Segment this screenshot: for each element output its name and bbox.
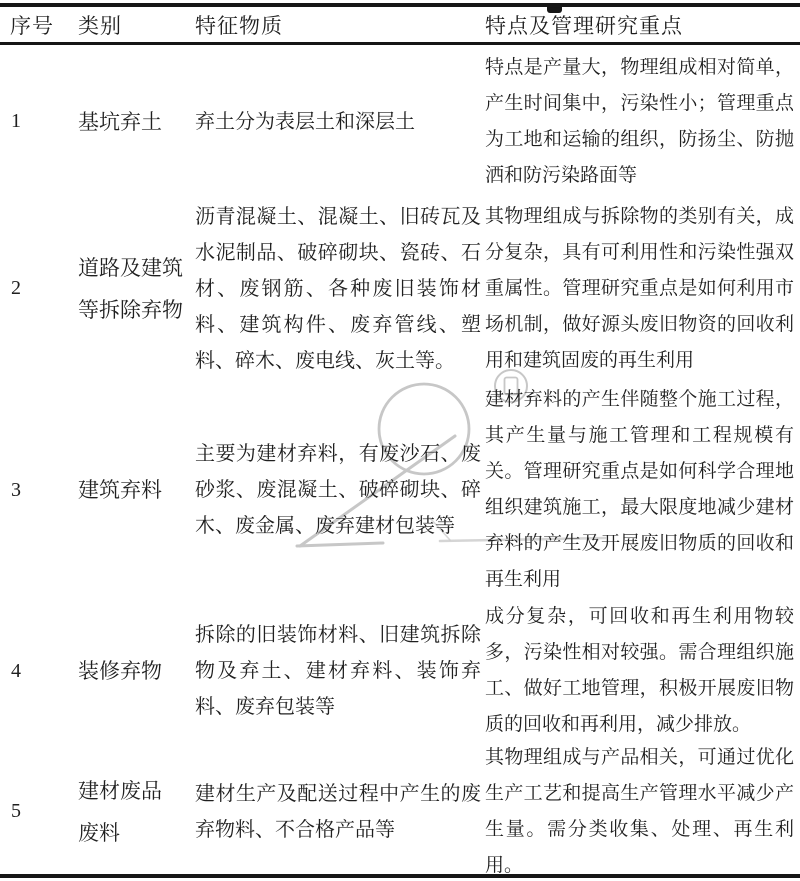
cell-no: 3 (0, 479, 64, 502)
cell-category: 装修弃物 (64, 650, 195, 692)
table-row: 4 装修弃物 拆除的旧装饰材料、旧建筑拆除物及弃土、建材弃料、装饰弃料、废弃包装… (0, 601, 800, 741)
cell-features: 其物理组成与拆除物的类别有关，成分复杂，具有可利用性和污染性强双重属性。管理研究… (484, 199, 800, 379)
table-bottom-rule (0, 874, 800, 878)
cell-features: 其物理组成与产品相关，可通过优化生产工艺和提高生产管理水平减少产生量。需分类收集… (484, 740, 800, 881)
cell-no: 4 (0, 660, 64, 683)
cell-no: 2 (0, 277, 64, 300)
cell-no: 5 (0, 800, 64, 823)
cropped-title-descender (547, 3, 562, 13)
header-cell-category: 类别 (64, 10, 195, 40)
cell-substances: 弃土分为表层土和深层土 (195, 104, 484, 140)
header-row: 序号 类别 特征物质 特点及管理研究重点 (0, 7, 800, 45)
cell-category: 建材废品 废料 (64, 770, 195, 854)
header-cell-substances: 特征物质 (195, 10, 484, 40)
cell-category: 道路及建筑 等拆除弃物 (64, 247, 195, 331)
cell-features: 特点是产量大，物理组成相对简单，产生时间集中，污染性小；管理重点为工地和运输的组… (484, 50, 800, 194)
cell-substances: 建材生产及配送过程中产生的废弃物料、不合格产品等 (195, 776, 484, 848)
cell-features: 成分复杂，可回收和再生利用物较多，污染性相对较强。需合理组织施工、做好工地管理，… (484, 599, 800, 743)
cell-no: 1 (0, 110, 64, 133)
table-row: 2 道路及建筑 等拆除弃物 沥青混凝土、混凝土、旧砖瓦及水泥制品、破碎砌块、瓷砖… (0, 198, 800, 379)
table-row: 5 建材废品 废料 建材生产及配送过程中产生的废弃物料、不合格产品等 其物理组成… (0, 741, 800, 881)
cell-category: 基坑弃土 (64, 101, 195, 143)
waste-category-table: 序号 类别 特征物质 特点及管理研究重点 1 基坑弃土 弃土分为表层土和深层土 … (0, 7, 800, 881)
cell-category: 建筑弃料 (64, 469, 195, 511)
header-cell-features: 特点及管理研究重点 (484, 10, 800, 40)
cell-features: 建材弃料的产生伴随整个施工过程，其产生量与施工管理和工程规模有关。管理研究重点是… (484, 382, 800, 598)
table-row: 3 建筑弃料 主要为建材弃料，有废沙石、废砂浆、废混凝土、破碎砌块、碎木、废金属… (0, 379, 800, 601)
scanned-table-page: 序号 类别 特征物质 特点及管理研究重点 1 基坑弃土 弃土分为表层土和深层土 … (0, 0, 800, 881)
cell-substances: 沥青混凝土、混凝土、旧砖瓦及水泥制品、破碎砌块、瓷砖、石材、废钢筋、各种废旧装饰… (195, 199, 484, 379)
cell-substances: 主要为建材弃料，有废沙石、废砂浆、废混凝土、破碎砌块、碎木、废金属、废弃建材包装… (195, 436, 484, 544)
header-cell-no: 序号 (0, 10, 64, 40)
cell-substances: 拆除的旧装饰材料、旧建筑拆除物及弃土、建材弃料、装饰弃料、废弃包装等 (195, 617, 484, 725)
table-top-rule (0, 3, 800, 7)
table-row: 1 基坑弃土 弃土分为表层土和深层土 特点是产量大，物理组成相对简单，产生时间集… (0, 45, 800, 198)
